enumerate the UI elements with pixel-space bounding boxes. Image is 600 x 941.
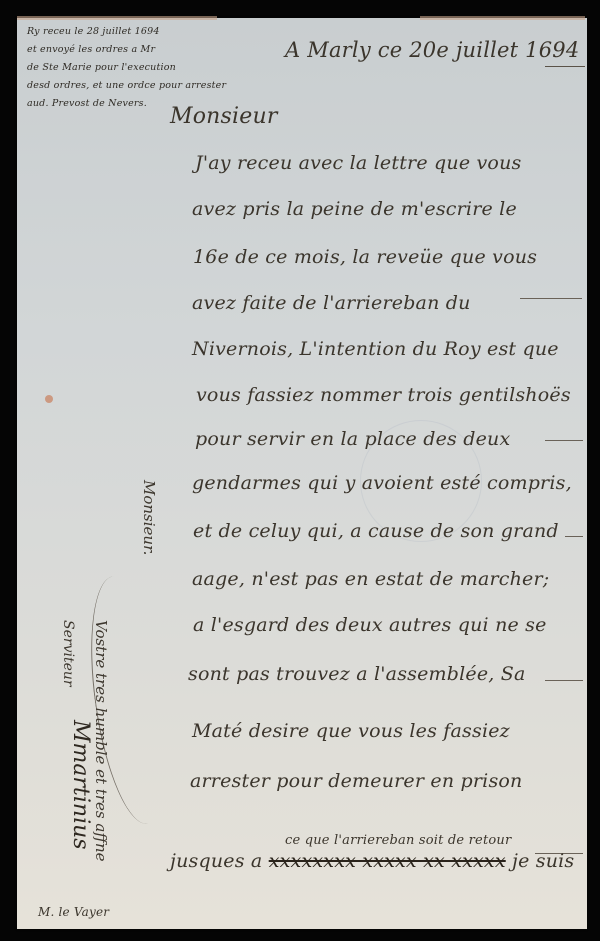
date-line: A Marly ce 20e juillet 1694 xyxy=(285,38,579,62)
line-filler xyxy=(565,536,583,537)
line-filler xyxy=(520,298,582,299)
paper-edge-right xyxy=(420,16,585,20)
margin-note-line: de Ste Marie pour l'execution xyxy=(27,61,176,75)
body-line: a l'esgard des deux autres qui ne se xyxy=(193,614,547,636)
signature: Mmartinius xyxy=(68,720,93,850)
document-photo: Ry receu le 28 juillet 1694 et envoyé le… xyxy=(0,0,600,941)
salutation: Monsieur xyxy=(170,104,278,129)
body-line: 16e de ce mois, la reveüe que vous xyxy=(193,246,537,268)
margin-note-line: et envoyé les ordres a Mr xyxy=(27,43,155,57)
body-line: Nivernois, L'intention du Roy est que xyxy=(192,338,559,360)
body-line: sont pas trouvez a l'assemblée, Sa xyxy=(188,663,526,685)
paper-stain xyxy=(45,395,53,403)
body-line: avez pris la peine de m'escrire le xyxy=(192,198,517,220)
complimentary-close: Vostre tres humble et tres affne xyxy=(92,620,110,861)
body-line: gendarmes qui y avoient esté compris, xyxy=(192,472,572,494)
line-filler xyxy=(545,680,583,681)
margin-note-line: Ry receu le 28 juillet 1694 xyxy=(27,25,160,39)
body-line: avez faite de l'arriereban du xyxy=(192,292,471,314)
margin-note-line: desd ordres, et une ordce pour arrester xyxy=(27,79,226,93)
body-line: aage, n'est pas en estat de marcher; xyxy=(192,568,549,590)
last-line-suffix: je suis xyxy=(512,850,574,872)
line-filler xyxy=(545,440,583,441)
paper-edge-left xyxy=(17,16,217,20)
body-line: J'ay receu avec la lettre que vous xyxy=(195,152,521,174)
body-line: pour servir en la place des deux xyxy=(195,428,510,450)
margin-note-line: aud. Prevost de Nevers. xyxy=(27,97,147,111)
serviteur-text: Serviteur xyxy=(60,620,76,687)
struck-out-text: xxxxxxxx xxxxx xx xxxxx xyxy=(269,850,506,872)
last-line-prefix: jusques a xyxy=(170,850,262,872)
addressee-note: M. le Vayer xyxy=(38,905,109,919)
body-last-line: jusques a xxxxxxxx xxxxx xx xxxxx je sui… xyxy=(170,850,574,872)
body-line: arrester pour demeurer en prison xyxy=(190,770,522,792)
body-line: Maté desire que vous les fassiez xyxy=(192,720,510,742)
closing-salutation: Monsieur. xyxy=(140,480,158,555)
body-line: vous fassiez nommer trois gentilshoës xyxy=(196,384,571,406)
body-line: et de celuy qui, a cause de son grand xyxy=(193,520,559,542)
interlinear-insertion: ce que l'arriereban soit de retour xyxy=(285,833,511,848)
date-underline xyxy=(545,66,585,67)
